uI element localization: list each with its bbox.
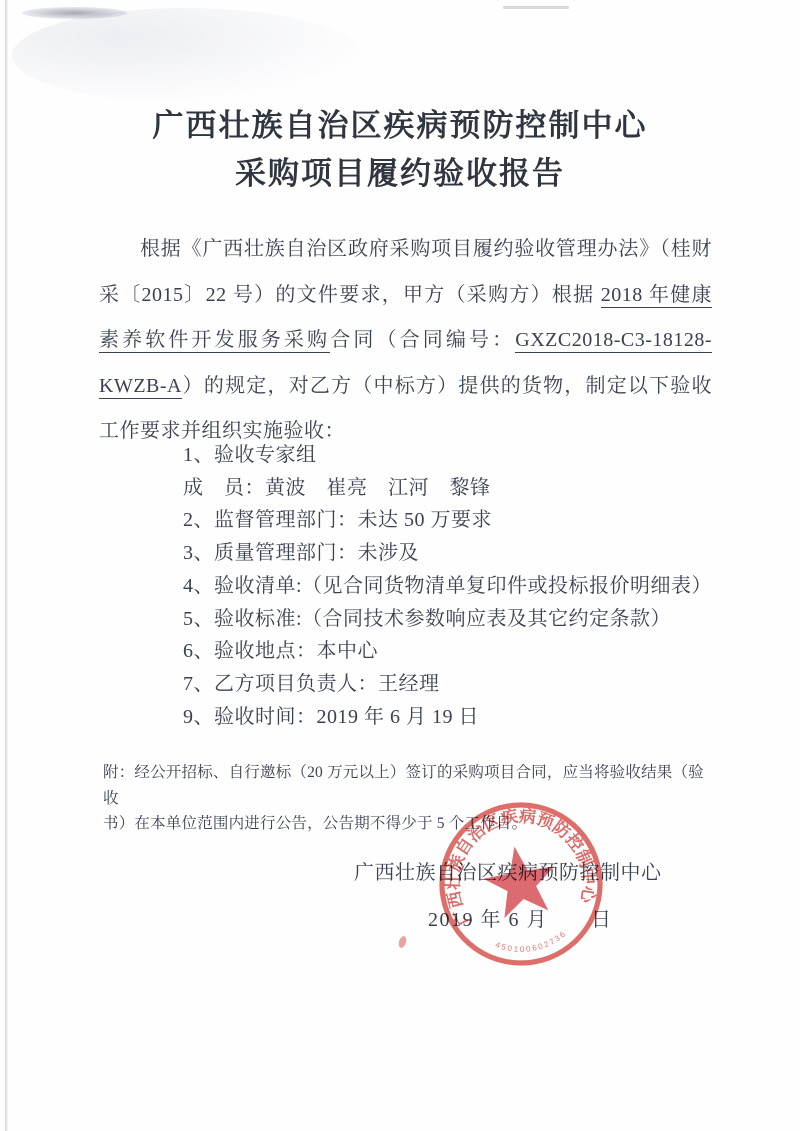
- paragraph-segment: ）的规定，对乙方（中标方）提供的货物，制定以下验收工作要求并组织实施验收：: [99, 375, 712, 443]
- scan-top-mark: [503, 6, 569, 9]
- official-seal-stamp: 广西壮族自治区疾病预防控制中心 450100602736: [423, 786, 620, 983]
- list-item: 7、乙方项目负责人：王经理: [183, 668, 723, 701]
- list-item: 成 员：黄波 崔亮 江河 黎锋: [183, 472, 723, 505]
- footnote-line-1: 附：经公开招标、自行邀标（20 万元以上）签订的采购项目合同，应当将验收结果（验…: [103, 760, 715, 811]
- list-item: 2、监督管理部门：未达 50 万要求: [183, 504, 723, 537]
- list-item: 6、验收地点：本中心: [183, 635, 723, 668]
- scan-smudge-dark: [22, 7, 127, 19]
- title-line-1: 广西壮族自治区疾病预防控制中心: [0, 102, 800, 150]
- list-item: 3、质量管理部门：未涉及: [183, 537, 723, 570]
- footnote: 附：经公开招标、自行邀标（20 万元以上）签订的采购项目合同，应当将验收结果（验…: [103, 760, 715, 837]
- title-line-2: 采购项目履约验收报告: [0, 150, 800, 198]
- list-item: 5、验收标准:（合同技术参数响应表及其它约定条款）: [183, 603, 723, 636]
- scanned-document-page: 广西壮族自治区疾病预防控制中心 采购项目履约验收报告 根据《广西壮族自治区政府采…: [0, 0, 800, 1131]
- intro-paragraph: 根据《广西壮族自治区政府采购项目履约验收管理办法》（桂财采〔2015〕22 号）…: [99, 227, 712, 455]
- paragraph-segment: 合同（合同编号：: [330, 329, 515, 351]
- acceptance-list: 1、验收专家组 成 员：黄波 崔亮 江河 黎锋 2、监督管理部门：未达 50 万…: [183, 439, 723, 733]
- seal-ink-speck: [397, 935, 407, 949]
- seal-star-icon: [479, 840, 562, 920]
- footnote-line-2: 书）在本单位范围内进行公告，公告期不得少于 5 个工作日。: [103, 811, 715, 837]
- list-item: 4、验收清单:（见合同货物清单复印件或投标报价明细表）: [183, 570, 723, 603]
- document-title: 广西壮族自治区疾病预防控制中心 采购项目履约验收报告: [0, 102, 800, 198]
- scan-smudge-haze: [12, 8, 362, 103]
- list-item: 9、验收时间：2019 年 6 月 19 日: [183, 701, 723, 734]
- list-item: 1、验收专家组: [183, 439, 723, 472]
- seal-graphic: 广西壮族自治区疾病预防控制中心 450100602736: [423, 786, 620, 983]
